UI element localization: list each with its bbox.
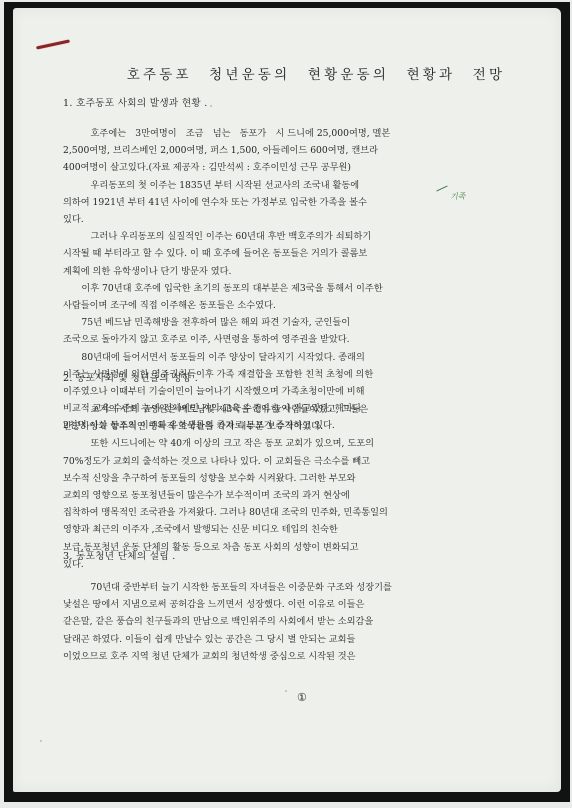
body-line: 시작될 때 부터라고 할 수 있다. 이 때 호주에 들어온 동포들은 거의가 … bbox=[63, 245, 479, 259]
body-line: 계획에 의한 유학생이나 단기 방문자 였다. bbox=[63, 263, 479, 277]
body-line: 보수적 신앙을 추구하여 동포들의 성향을 보수화 시켜왔다. 그러한 부모와 bbox=[63, 470, 479, 484]
body-line: 사람들이며 조구에 직접 이주해온 동포들은 소수였다. bbox=[63, 297, 479, 311]
body-line: 의하여 1921년 부터 41년 사이에 연수차 또는 가정부로 입국한 가족을… bbox=[63, 194, 479, 208]
document-title: 호주동포 청년운동의 현황운동의 현황과 전망 bbox=[0, 63, 572, 83]
body-line: 달래곤 하였다. 이들이 쉽게 만날수 있는 공간은 그 당시 별 안되는 교회… bbox=[63, 631, 479, 645]
body-line: 우리동포의 첫 이주는 1835년 부터 시작된 선교사의 조국내 활동에 bbox=[63, 177, 479, 191]
body-line: 이후 70년대 호주에 입국한 초기의 동포의 대부분은 제3국을 통해서 이주… bbox=[63, 280, 479, 294]
handwritten-annotation: 기족 bbox=[450, 190, 466, 202]
body-line: 2,500여명, 브리스베인 2,000여명, 퍼스 1,500, 아들레이드 … bbox=[63, 142, 479, 156]
section-heading: 3. 동포청년 단체의 설립 . bbox=[63, 548, 176, 562]
body-line: 낯설은 땅에서 지냄으로써 공허감을 느끼면서 성장했다. 이런 이유로 이들은 bbox=[63, 596, 479, 610]
page-number: ① bbox=[297, 691, 307, 704]
body-line: 같은말, 같은 풍습의 친구들과의 만남으로 백인위주의 사회에서 받는 소외감… bbox=[63, 613, 479, 627]
body-line: 이주였으나 이때부터 기술이민이 늘어나기 시작했으며 가족초청이만에 비해 bbox=[63, 383, 479, 397]
body-line: 영향과 최근의 이주자 ,조국에서 발행되는 신문 비디오 테입의 친숙한 bbox=[63, 521, 479, 535]
section-heading: 1. 호주동포 사회의 발생과 현황 . bbox=[63, 95, 208, 109]
body-line: 70년대 중반부터 늘기 시작한 동포들의 자녀들은 이중문화 구조와 성장기를 bbox=[63, 579, 479, 593]
body-line: 80년대에 들어서면서 동포들의 이주 양상이 달라지기 시작었다. 종래의 bbox=[63, 349, 479, 363]
body-line: 이었으므로 호주 지역 청년 단체가 교회의 청년학생 중심으로 시작된 것은 bbox=[63, 648, 479, 662]
body-line: 그러나 우리동포의 실질적인 이주는 60년대 후반 백호주의가 쇠퇴하기 bbox=[63, 228, 479, 242]
body-line: 교회의 영향으로 동포청년들이 많은수가 보수적이며 조국의 과거 현상에 bbox=[63, 487, 479, 501]
paper-speck bbox=[285, 690, 287, 692]
body-line: 70%정도가 교회의 출석하는 것으로 나타나 있다. 이 교회들은 극소수를 … bbox=[63, 453, 479, 467]
paper-speck bbox=[210, 105, 212, 107]
paper-speck bbox=[40, 740, 42, 742]
body-line: 초기의 사회 구성원은 베트남및 제3국을 경유한 사람들이었고, 그들은 bbox=[63, 401, 479, 415]
body-line: 반공사상과 향수적인 맹목적 조국관을 가져 대부분 보수적이었다. bbox=[63, 418, 479, 432]
body-line: 있다. bbox=[63, 211, 479, 225]
section-heading: 2. 동포사회 및 청년들의 성향 . bbox=[63, 370, 198, 384]
body-line: 집착하여 맹목적인 조국관을 가져왔다. 그러나 80년대 조국의 민주화, 민… bbox=[63, 504, 479, 518]
body-line: 호주에는 3만여명이 조금 넘는 동포가 시 드니에 25,000여명, 멜본 bbox=[63, 125, 479, 139]
body-line: 75년 베드남 민족해방을 전후하여 많은 해외 파견 기술자, 군인들이 bbox=[63, 314, 479, 328]
body-line: 또한 시드니에는 약 40개 이상의 크고 작은 동포 교회가 있으며, 도포의 bbox=[63, 435, 479, 449]
body-line: 조국으로 돌아가지 않고 호주로 이주, 사면령을 통하여 영주권을 받았다. bbox=[63, 331, 479, 345]
body-line: 400여명이 살고있다.(자료 제공자 : 김만석씨 : 호주이민성 근무 공무… bbox=[63, 159, 479, 173]
